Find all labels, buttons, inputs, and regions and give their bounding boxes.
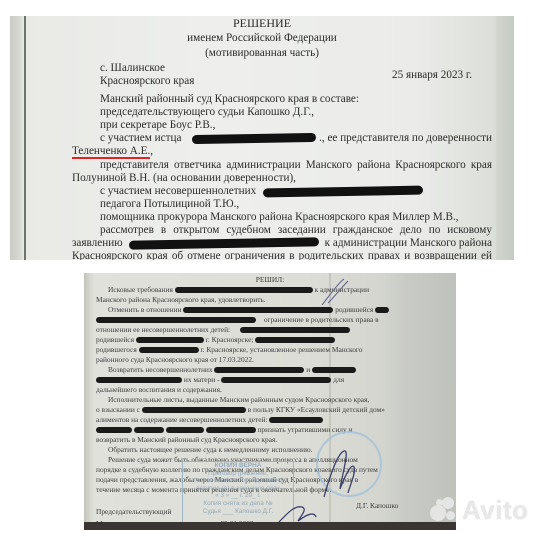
avito-logo-icon: [430, 497, 458, 523]
text-line: возвратить в Манский районный суд Красно…: [96, 435, 277, 445]
text-line: отношении ее несовершеннолетних детей:: [96, 325, 350, 335]
text-fragment: г. Красноярске;: [206, 335, 254, 344]
redaction: [183, 307, 333, 313]
text-line: Красноярского края об отмене ограничения…: [72, 249, 492, 260]
text-line: районного суда Красноярского края от 17.…: [96, 355, 254, 365]
text-fragment: родившегося: [96, 345, 137, 354]
text-fragment: ограничение в родительских права в: [264, 315, 379, 324]
redaction: [175, 287, 313, 293]
text-fragment: для: [333, 375, 344, 384]
stamp-line: вступил (о) в законную силу: [183, 485, 293, 493]
text-line: дальнейшего воспитания и содержания.: [96, 385, 222, 395]
redaction: [192, 133, 316, 144]
presiding-label: Председательствующий: [96, 507, 172, 517]
text-line: о взыскании с в пользу КГКУ «Есауловский…: [96, 405, 385, 415]
redaction: [96, 427, 132, 433]
text-fragment: заявлению: [72, 237, 123, 249]
decision-title: РЕШЕНИЕ: [10, 16, 514, 32]
decision-date: 25 января 2023 г.: [392, 68, 472, 84]
avito-wordmark: Avito: [462, 495, 529, 526]
text-fragment: в пользу КГКУ «Есауловский детский дом»: [248, 405, 385, 414]
text-fragment: с участием несовершеннолетних: [100, 185, 256, 197]
text-fragment: ., ее представителя по доверенности: [319, 131, 492, 147]
text-line: алиментов на содержание несовершеннолетн…: [96, 415, 323, 425]
text-line: признать утратившими силу и: [96, 425, 352, 435]
redaction: [96, 317, 256, 323]
text-line: ограничение в родительских права в: [96, 315, 379, 325]
redaction: [96, 377, 182, 383]
text-line: родившейся г. Красноярске;: [96, 335, 335, 345]
redaction: [134, 427, 164, 433]
judge-signature-icon: [320, 445, 360, 501]
stamp-line: КОПИЯ ВЕРНА: [183, 462, 293, 470]
redaction: [206, 427, 256, 433]
margin-signature-icon: [320, 277, 350, 307]
place-line-2: Красноярского края: [100, 74, 194, 90]
text-fragment: их матери -: [184, 375, 220, 384]
text-fragment: Отменить в отношении: [108, 305, 182, 314]
text-fragment: и: [306, 365, 310, 374]
redaction: [166, 427, 204, 433]
text-fragment: ,: [150, 145, 153, 157]
redaction: [139, 347, 199, 353]
stamp-line: постановление, определение): [183, 477, 293, 485]
text-fragment: о взыскании с: [96, 405, 140, 414]
text-line: родившегося г. Красноярске, установленно…: [96, 345, 362, 355]
text-fragment: Возвратить несовершеннолетних: [108, 365, 213, 374]
redaction: [255, 337, 335, 343]
text-fragment: алиментов на содержание несовершеннолетн…: [96, 415, 268, 424]
redaction: [375, 307, 389, 313]
redaction: [312, 367, 356, 373]
table-edge: [84, 522, 456, 530]
text-line: Возвратить несовершеннолетних и: [108, 365, 356, 375]
redaction: [142, 407, 246, 413]
redaction: [136, 337, 204, 343]
text-fragment: г. Красноярске, установленное решением М…: [200, 345, 362, 354]
decision-subtitle: именем Российской Федерации: [10, 31, 514, 47]
redaction: [269, 417, 323, 423]
decided-heading: РЕШИЛ:: [84, 275, 456, 285]
redaction: [129, 237, 319, 249]
top-document-photo: РЕШЕНИЕ именем Российской Федерации (мот…: [10, 16, 514, 260]
text-fragment: с участием истца: [100, 132, 181, 144]
redaction: [221, 377, 331, 383]
text-line: с участием истца ., ее представителя по …: [100, 131, 492, 147]
stamp-line: « 3 » __ г. 20_ г.: [183, 492, 293, 500]
highlighted-name: Теленченко А.Е.: [72, 145, 150, 159]
avito-watermark: Avito: [430, 495, 529, 525]
stamp-line: Приговор (решение,: [183, 470, 293, 478]
judge-name: Д.Г. Капошко: [356, 501, 398, 511]
redaction: [263, 186, 423, 198]
text-line: Манского района Красноярского края, удов…: [96, 295, 266, 305]
redaction: [214, 367, 304, 373]
bottom-document-photo: РЕШИЛ: Исковые требования к администраци…: [84, 273, 456, 530]
text-line: их матери - для: [96, 375, 344, 385]
text-line: Обратить настоящее решение суда к немедл…: [108, 445, 312, 455]
text-line: Исполнительные листы, выданные Манским р…: [108, 395, 369, 405]
redaction: [240, 327, 350, 333]
text-fragment: Исковые требования: [108, 285, 173, 294]
decision-subtitle-2: (мотивированная часть): [10, 46, 514, 62]
text-fragment: отношении ее несовершеннолетних детей:: [96, 325, 230, 334]
text-fragment: родившейся: [96, 335, 134, 344]
